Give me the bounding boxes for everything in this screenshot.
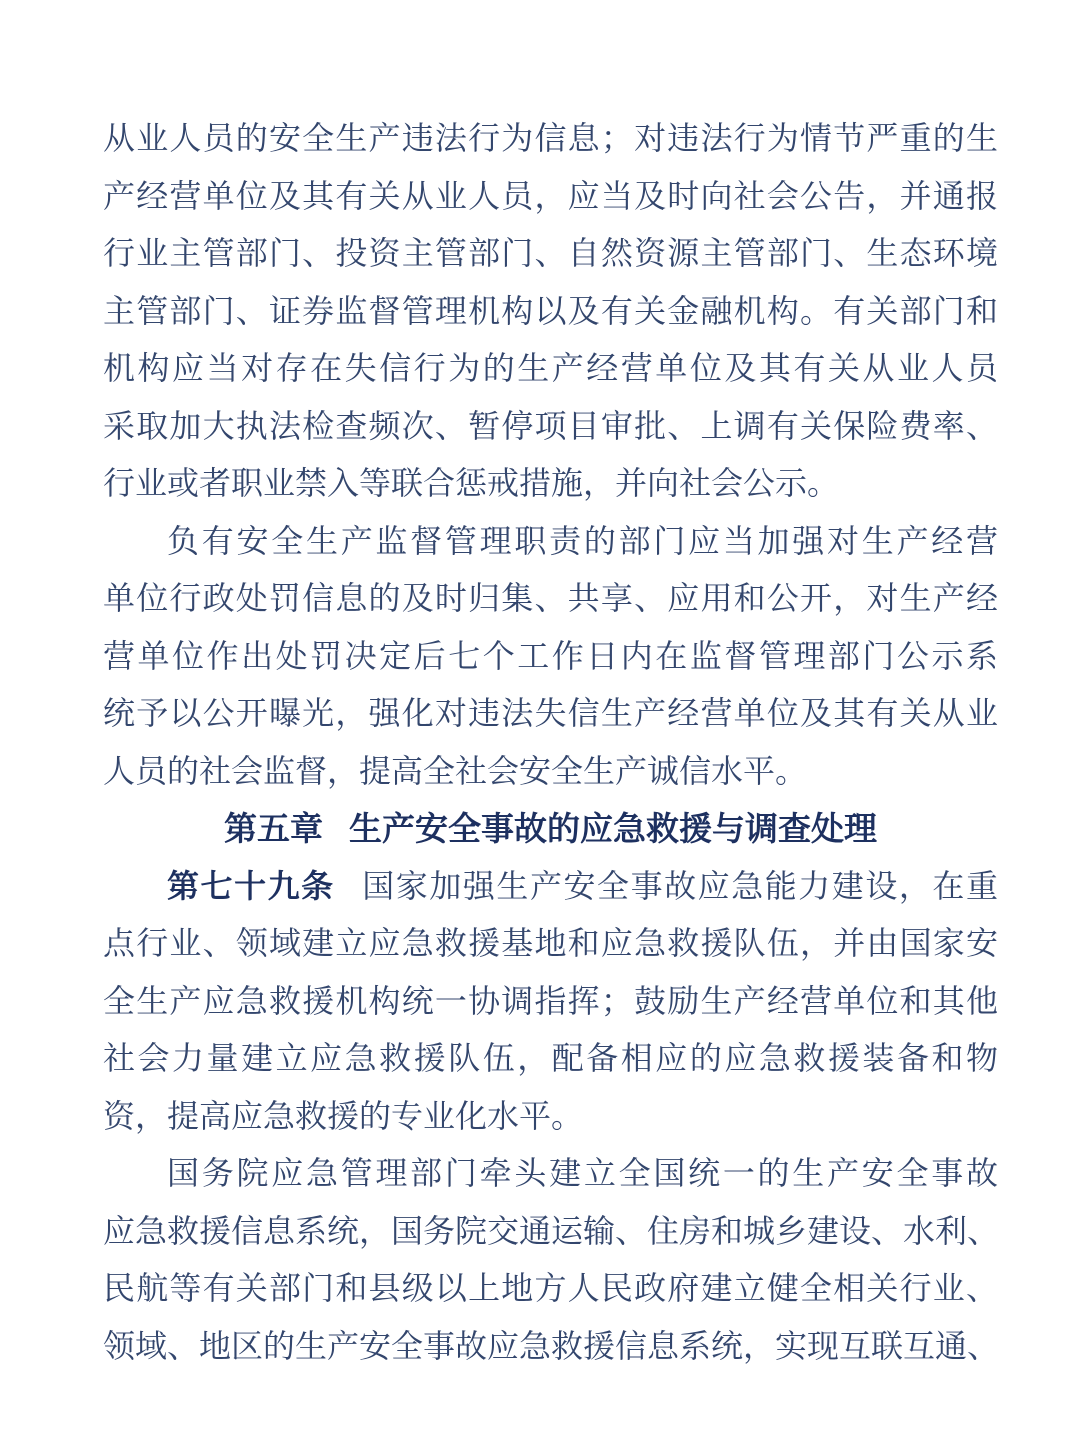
- chapter-number: 第五章: [224, 810, 323, 847]
- doc-line: 机构应当对存在失信行为的生产经营单位及其有关从业人员: [103, 340, 998, 398]
- doc-line: 行业或者职业禁入等联合惩戒措施，并向社会公示。: [103, 455, 998, 513]
- chapter-title: 生产安全事故的应急救援与调查处理: [349, 810, 877, 847]
- article-number: 第七十九条: [167, 868, 335, 904]
- doc-line: 从业人员的安全生产违法行为信息；对违法行为情节严重的生: [103, 110, 998, 168]
- doc-line: 国务院应急管理部门牵头建立全国统一的生产安全事故: [103, 1145, 998, 1203]
- article-text: 国家加强生产安全事故应急能力建设，在重: [361, 868, 998, 904]
- doc-line: 全生产应急救援机构统一协调指挥；鼓励生产经营单位和其他: [103, 973, 998, 1031]
- doc-line: 行业主管部门、投资主管部门、自然资源主管部门、生态环境: [103, 225, 998, 283]
- doc-line-article-79: 第七十九条国家加强生产安全事故应急能力建设，在重: [103, 858, 998, 916]
- doc-line: 点行业、领域建立应急救援基地和应急救援队伍，并由国家安: [103, 915, 998, 973]
- doc-line: 领域、地区的生产安全事故应急救援信息系统，实现互联互通、: [103, 1318, 998, 1376]
- document-page: 从业人员的安全生产违法行为信息；对违法行为情节严重的生 产经营单位及其有关从业人…: [0, 0, 1080, 1446]
- chapter-heading: 第五章生产安全事故的应急救援与调查处理: [103, 800, 998, 858]
- doc-line: 营单位作出处罚决定后七个工作日内在监督管理部门公示系: [103, 628, 998, 686]
- doc-line: 采取加大执法检查频次、暂停项目审批、上调有关保险费率、: [103, 398, 998, 456]
- doc-line: 产经营单位及其有关从业人员，应当及时向社会公告，并通报: [103, 168, 998, 226]
- doc-line: 人员的社会监督，提高全社会安全生产诚信水平。: [103, 743, 998, 801]
- doc-line: 民航等有关部门和县级以上地方人民政府建立健全相关行业、: [103, 1260, 998, 1318]
- doc-line: 应急救援信息系统，国务院交通运输、住房和城乡建设、水利、: [103, 1203, 998, 1261]
- doc-line: 统予以公开曝光，强化对违法失信生产经营单位及其有关从业: [103, 685, 998, 743]
- doc-line: 单位行政处罚信息的及时归集、共享、应用和公开，对生产经: [103, 570, 998, 628]
- doc-line: 主管部门、证券监督管理机构以及有关金融机构。有关部门和: [103, 283, 998, 341]
- doc-line: 社会力量建立应急救援队伍，配备相应的应急救援装备和物: [103, 1030, 998, 1088]
- doc-line: 负有安全生产监督管理职责的部门应当加强对生产经营: [103, 513, 998, 571]
- doc-line: 资，提高应急救援的专业化水平。: [103, 1088, 998, 1146]
